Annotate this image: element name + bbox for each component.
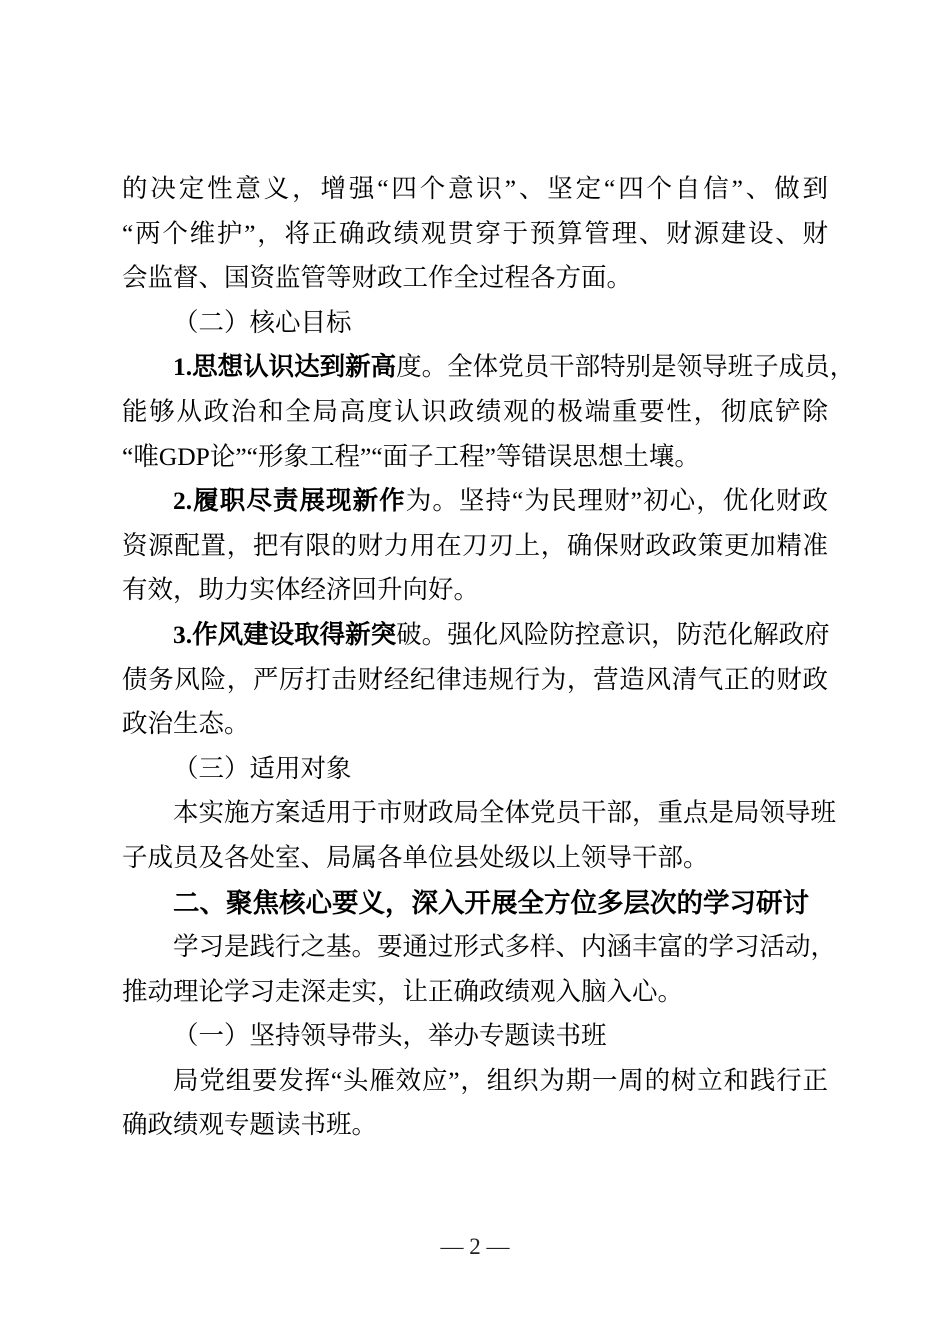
sub-heading-line: （三）适用对象 bbox=[122, 747, 828, 792]
doc-text-line: 的决定性意义，增强“四个意识”、坚定“四个自信”、做到 bbox=[122, 167, 828, 212]
doc-text-line: 子成员及各处室、局属各单位县处级以上领导干部。 bbox=[122, 836, 828, 881]
document-lines: 的决定性意义，增强“四个意识”、坚定“四个自信”、做到“两个维护”，将正确政绩观… bbox=[122, 167, 828, 1148]
bold-run: 3.作风建设取得新突 bbox=[173, 620, 396, 649]
bold-run: 1.思想认识达到新高 bbox=[173, 352, 396, 381]
doc-text-line: 1.思想认识达到新高度。全体党员干部特别是领导班子成员， bbox=[122, 345, 828, 390]
doc-text-line: 政治生态。 bbox=[122, 702, 828, 747]
doc-text-line: 本实施方案适用于市财政局全体党员干部，重点是局领导班 bbox=[122, 791, 828, 836]
sub-heading-line: （一）坚持领导带头，举办专题读书班 bbox=[122, 1014, 828, 1059]
sub-heading-line: （二）核心目标 bbox=[122, 301, 828, 346]
doc-text-line: 推动理论学习走深走实，让正确政绩观入脑入心。 bbox=[122, 970, 828, 1015]
doc-text-line: 资源配置，把有限的财力用在刀刃上，确保财政政策更加精准 bbox=[122, 524, 828, 569]
doc-text-line: 局党组要发挥“头雁效应”，组织为期一周的树立和践行正 bbox=[122, 1059, 828, 1104]
doc-text-line: 债务风险，严厉打击财经纪律违规行为，营造风清气正的财政 bbox=[122, 658, 828, 703]
page-number: — 2 — bbox=[0, 1234, 950, 1260]
text-run: 度。全体党员干部特别是领导班子成员， bbox=[396, 352, 855, 381]
document-page: 的决定性意义，增强“四个意识”、坚定“四个自信”、做到“两个维护”，将正确政绩观… bbox=[0, 0, 950, 1344]
doc-text-line: “两个维护”，将正确政绩观贯穿于预算管理、财源建设、财 bbox=[122, 212, 828, 257]
doc-text-line: “唯GDP论”“形象工程”“面子工程”等错误思想土壤。 bbox=[122, 435, 828, 480]
doc-text-line: 2.履职尽责展现新作为。坚持“为民理财”初心，优化财政 bbox=[122, 479, 828, 524]
doc-text-line: 能够从政治和全局高度认识政绩观的极端重要性，彻底铲除 bbox=[122, 390, 828, 435]
doc-text-line: 学习是践行之基。要通过形式多样、内涵丰富的学习活动， bbox=[122, 925, 828, 970]
chapter-heading-line: 二、聚焦核心要义，深入开展全方位多层次的学习研讨 bbox=[122, 881, 828, 926]
doc-text-line: 有效，助力实体经济回升向好。 bbox=[122, 568, 828, 613]
text-run: 破。强化风险防控意识，防范化解政府 bbox=[396, 620, 830, 649]
text-run: 为。坚持“为民理财”初心，优化财政 bbox=[406, 486, 828, 515]
doc-text-line: 会监督、国资监管等财政工作全过程各方面。 bbox=[122, 256, 828, 301]
doc-text-line: 确政绩观专题读书班。 bbox=[122, 1103, 828, 1148]
doc-text-line: 3.作风建设取得新突破。强化风险防控意识，防范化解政府 bbox=[122, 613, 828, 658]
bold-run: 2.履职尽责展现新作 bbox=[173, 486, 406, 515]
